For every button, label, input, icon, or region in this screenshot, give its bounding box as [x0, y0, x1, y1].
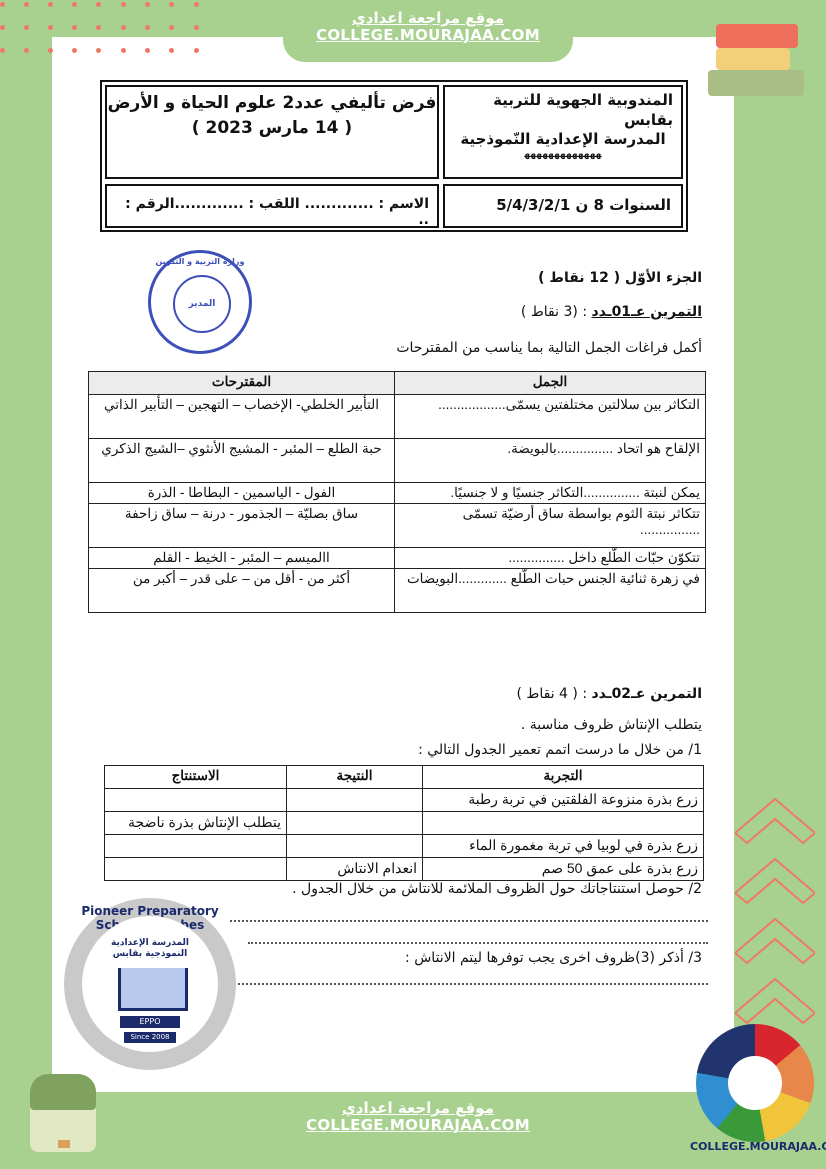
subjects-wheel-icon [696, 1024, 814, 1142]
sentence-cell[interactable]: تتكوّن حبّات الطّلع داخل ............... [395, 548, 706, 569]
column-header-conclusion: الاستنتاج [105, 766, 287, 789]
open-book-icon [118, 968, 188, 1011]
experiment-cell[interactable]: زرع بذرة على عمق 50 صم [423, 858, 704, 881]
proposal-cell: التأبير الخلطي- الإخصاب – التهجين – التأ… [89, 395, 395, 439]
answer-line[interactable] [230, 983, 708, 985]
chevron-up-icon [735, 795, 815, 845]
school-name: المدرسة الإعدادية النّموذجية [453, 130, 673, 150]
banner-url-link[interactable]: COLLEGE.MOURAJAA.COM [283, 27, 573, 44]
bottom-site-banner[interactable]: موقع مراجعة اعدادي COLLEGE.MOURAJAA.COM [268, 1092, 568, 1169]
exam-title: فرض تأليفي عدد2 علوم الحياة و الأرض [107, 91, 437, 116]
conclusion-cell[interactable]: يتطلب الإنتاش بذرة ناضجة [105, 812, 287, 835]
school-region: المندوبية الجهوية للتربية [453, 91, 673, 111]
table-row: زرع بذرة منزوعة الفلقتين في تربة رطبة [105, 789, 704, 812]
exercise1-label: التمرين عـ01ـدد [592, 304, 703, 320]
exercise1-points: : (3 نقاط ) [521, 304, 592, 320]
exercise2-table: التجربة النتيجة الاستنتاج زرع بذرة منزوع… [104, 765, 704, 881]
experiment-cell[interactable]: زرع بذرة في لوبيا في تربة مغمورة الماء [423, 835, 704, 858]
sentence-cell[interactable]: الإلقاح هو اتحاد ...............بالبويضة… [395, 439, 706, 483]
exercise2-points: : ( 4 نقاط ) [516, 686, 591, 702]
question-1: 1/ من خلال ما درست اتمم تعمير الجدول الت… [418, 742, 702, 758]
table-row: التكاثر بين سلالتين مختلفتين يسمّى......… [89, 395, 706, 439]
conclusion-cell[interactable] [105, 789, 287, 812]
result-cell[interactable] [287, 835, 423, 858]
experiment-cell[interactable]: زرع بذرة منزوعة الفلقتين في تربة رطبة [423, 789, 704, 812]
banner-url-link[interactable]: COLLEGE.MOURAJAA.COM [268, 1117, 568, 1134]
exercise2-title: التمرين عـ02ـدد : ( 4 نقاط ) [516, 686, 702, 702]
site-url-caption[interactable]: COLLEGE.MOURAJAA.COM [690, 1140, 826, 1153]
table-row: زرع بذرة في لوبيا في تربة مغمورة الماء [105, 835, 704, 858]
banner-arabic-text: موقع مراجعة اعدادي [268, 1100, 568, 1117]
exam-header: فرض تأليفي عدد2 علوم الحياة و الأرض ( 14… [100, 80, 688, 232]
table-header-row: الجمل المقترحات [89, 372, 706, 395]
school-city: بقابس [453, 111, 673, 131]
exercise2-intro: يتطلب الإنتاش ظروف مناسبة . [521, 717, 702, 733]
answer-line[interactable] [230, 920, 708, 922]
proposal-cell: ساق بصليّة – الجذمور - درنة – ساق زاحفة [89, 504, 395, 548]
chevron-up-icon [735, 855, 815, 905]
answer-line[interactable] [248, 942, 708, 944]
table-row: تتكاثر نبتة الثوم بواسطة ساق أرضيّة تسمّ… [89, 504, 706, 548]
part1-title: الجزء الأوّل ( 12 نقاط ) [538, 270, 702, 286]
logo-badge: EPPO [120, 1016, 180, 1028]
experiment-cell[interactable] [423, 812, 704, 835]
table-row: في زهرة ثنائية الجنس حبات الطّلع .......… [89, 569, 706, 613]
exercise1-title: التمرين عـ01ـدد : (3 نقاط ) [521, 304, 702, 320]
question-3: 3/ أذكر (3)ظروف اخرى يجب توفرها ليتم الا… [405, 950, 702, 966]
student-name-fields[interactable]: الاسم : ............. اللقب : ..........… [105, 184, 439, 228]
result-cell[interactable] [287, 789, 423, 812]
stamp-center-text: المدير [173, 275, 231, 333]
conclusion-cell[interactable] [105, 858, 287, 881]
conclusion-cell[interactable] [105, 835, 287, 858]
result-cell[interactable]: انعدام الانتاش [287, 858, 423, 881]
decorative-dots [0, 0, 220, 60]
exam-date: ( 14 مارس 2023 ) [107, 116, 437, 141]
logo-since: Since 2008 [124, 1032, 176, 1043]
table-row: يتطلب الإنتاش بذرة ناضجة [105, 812, 704, 835]
exercise1-instruction: أكمل فراغات الجمل التالية بما يناسب من ا… [396, 340, 702, 356]
sentence-cell[interactable]: يمكن لنبتة ...............التكاثر جنسيًا… [395, 483, 706, 504]
official-stamp: وزارة التربية و التكوين المدير [148, 250, 252, 354]
sentence-cell[interactable]: في زهرة ثنائية الجنس حبات الطّلع .......… [395, 569, 706, 613]
table-row: تتكوّن حبّات الطّلع داخل ...............… [89, 548, 706, 569]
banner-arabic-text: موقع مراجعة اعدادي [283, 10, 573, 27]
column-header-result: النتيجة [287, 766, 423, 789]
exam-title-cell: فرض تأليفي عدد2 علوم الحياة و الأرض ( 14… [105, 85, 439, 179]
sentence-cell[interactable]: تتكاثر نبتة الثوم بواسطة ساق أرضيّة تسمّ… [395, 504, 706, 548]
chevron-up-icon [735, 975, 815, 1025]
class-level: السنوات 8 ن 5/4/3/2/1 [443, 184, 683, 228]
column-header-proposals: المقترحات [89, 372, 395, 395]
exercise2-label: التمرين عـ02ـدد [592, 686, 703, 702]
books-stack-icon [700, 14, 810, 94]
sentence-cell[interactable]: التكاثر بين سلالتين مختلفتين يسمّى......… [395, 395, 706, 439]
backpack-icon [18, 1060, 108, 1156]
proposal-cell: حبة الطلع – المئبر - المشيج الأنثوي –الش… [89, 439, 395, 483]
question-2: 2/ حوصل استنتاجاتك حول الظروف الملائمة ل… [292, 881, 702, 897]
school-logo: Pioneer Preparatory School of Gabes المد… [64, 898, 236, 1070]
stamp-ring-text: وزارة التربية و التكوين [151, 257, 249, 266]
exercise1-table: الجمل المقترحات التكاثر بين سلالتين مختل… [88, 371, 706, 613]
proposal-cell: أكثر من - أقل من – على قدر – أكبر من [89, 569, 395, 613]
chevron-up-icon [735, 915, 815, 965]
top-site-banner[interactable]: موقع مراجعة اعدادي COLLEGE.MOURAJAA.COM [283, 6, 573, 62]
logo-arabic-name: المدرسة الإعدادية النموذجية بقابس [82, 938, 218, 960]
proposal-cell: االميسم – المئبر - الخيط - القلم [89, 548, 395, 569]
column-header-experiment: التجربة [423, 766, 704, 789]
table-header-row: التجربة النتيجة الاستنتاج [105, 766, 704, 789]
column-header-sentences: الجمل [395, 372, 706, 395]
result-cell[interactable] [287, 812, 423, 835]
table-row: الإلقاح هو اتحاد ...............بالبويضة… [89, 439, 706, 483]
table-row: زرع بذرة على عمق 50 صم انعدام الانتاش [105, 858, 704, 881]
table-row: يمكن لنبتة ...............التكاثر جنسيًا… [89, 483, 706, 504]
school-info-cell: المندوبية الجهوية للتربية بقابس المدرسة … [443, 85, 683, 179]
decorative-divider: ﻬﻬﻬﻬﻬﻬﻬﻬﻬﻬﻬﻬﻬ [453, 150, 673, 162]
proposal-cell: الفول - الياسمين - البطاطا - الذرة [89, 483, 395, 504]
